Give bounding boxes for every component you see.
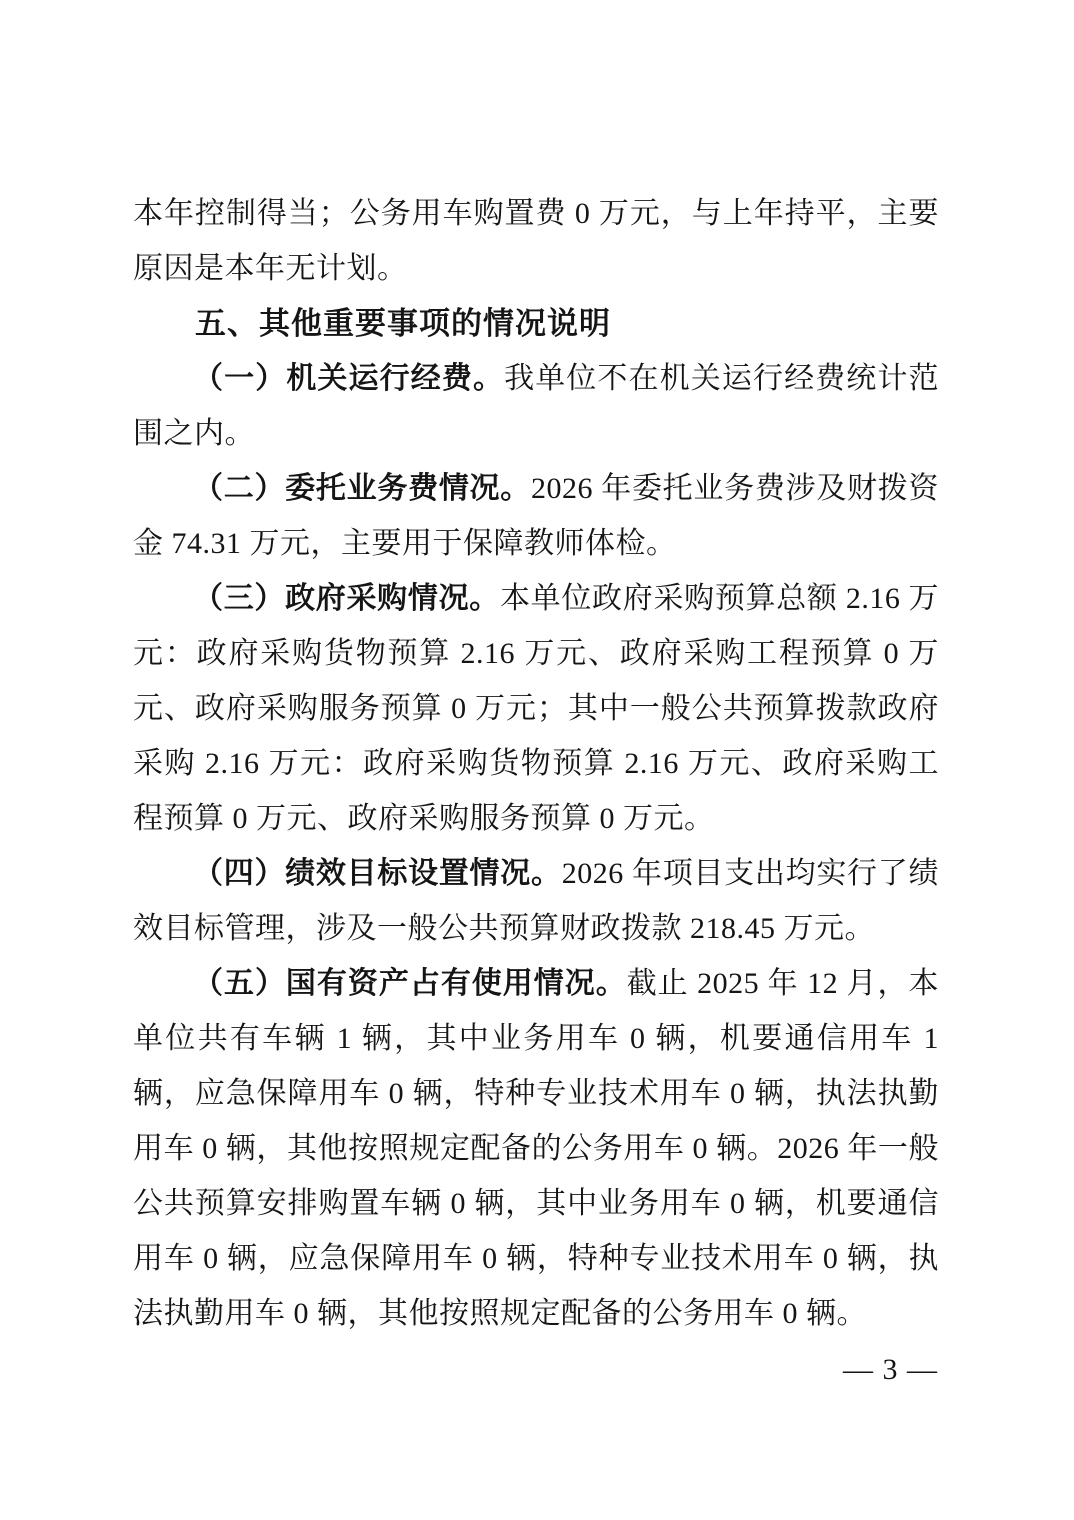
item-paragraph-1: （一）机关运行经费。我单位不在机关运行经费统计范围之内。 <box>133 351 939 461</box>
page-number: — 3 — <box>843 1350 938 1390</box>
item-paragraph-4: （四）绩效目标设置情况。2026 年项目支出均实行了绩效目标管理，涉及一般公共预… <box>133 846 939 956</box>
item-paragraph-3: （三）政府采购情况。本单位政府采购预算总额 2.16 万元：政府采购货物预算 2… <box>133 571 939 846</box>
item-paragraph-2: （二）委托业务费情况。2026 年委托业务费涉及财拨资金 74.31 万元，主要… <box>133 461 939 571</box>
document-content: 本年控制得当；公务用车购置费 0 万元，与上年持平，主要原因是本年无计划。 五、… <box>133 186 939 1341</box>
item-4-lead: （四）绩效目标设置情况。 <box>193 857 562 890</box>
document-page: 本年控制得当；公务用车购置费 0 万元，与上年持平，主要原因是本年无计划。 五、… <box>0 0 1074 1520</box>
paragraph-continuation-text: 本年控制得当；公务用车购置费 0 万元，与上年持平，主要原因是本年无计划。 <box>133 197 939 285</box>
page-number-text: — 3 — <box>843 1353 938 1386</box>
item-2-lead: （二）委托业务费情况。 <box>193 472 531 505</box>
item-5-text: 截止 2025 年 12 月，本单位共有车辆 1 辆，其中业务用车 0 辆，机要… <box>133 967 939 1330</box>
section-heading: 五、其他重要事项的情况说明 <box>133 296 939 351</box>
item-paragraph-5: （五）国有资产占有使用情况。截止 2025 年 12 月，本单位共有车辆 1 辆… <box>133 956 939 1341</box>
paragraph-continuation: 本年控制得当；公务用车购置费 0 万元，与上年持平，主要原因是本年无计划。 <box>133 186 939 296</box>
item-1-lead: （一）机关运行经费。 <box>193 362 504 395</box>
item-3-text: 本单位政府采购预算总额 2.16 万元：政府采购货物预算 2.16 万元、政府采… <box>133 582 939 835</box>
item-3-lead: （三）政府采购情况。 <box>193 582 500 615</box>
item-5-lead: （五）国有资产占有使用情况。 <box>193 967 627 1000</box>
